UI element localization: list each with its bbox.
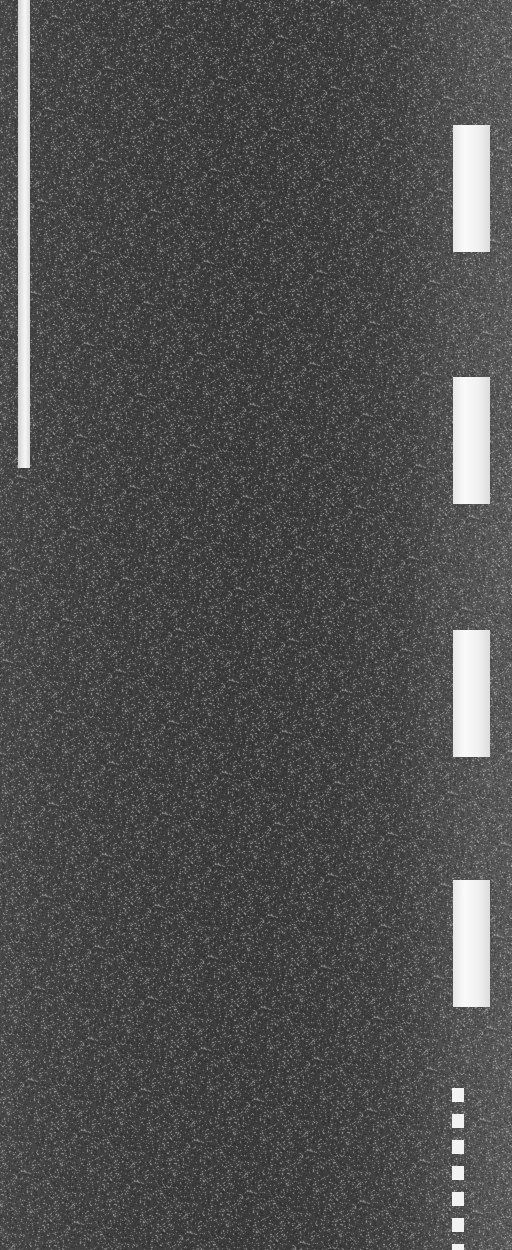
lane-dash: [453, 377, 490, 504]
lane-dot: [452, 1140, 464, 1154]
lane-dot: [452, 1166, 464, 1180]
lane-dash: [453, 880, 490, 1007]
solid-edge-line: [18, 0, 30, 468]
lane-dot: [452, 1192, 464, 1206]
lane-dash: [453, 630, 490, 757]
lane-dot: [452, 1244, 464, 1250]
lane-dot: [452, 1088, 464, 1102]
asphalt-texture: [0, 0, 512, 1250]
lane-dot: [452, 1114, 464, 1128]
lane-dot: [452, 1218, 464, 1232]
road-aerial-photo: [0, 0, 512, 1250]
lane-dash: [453, 125, 490, 252]
